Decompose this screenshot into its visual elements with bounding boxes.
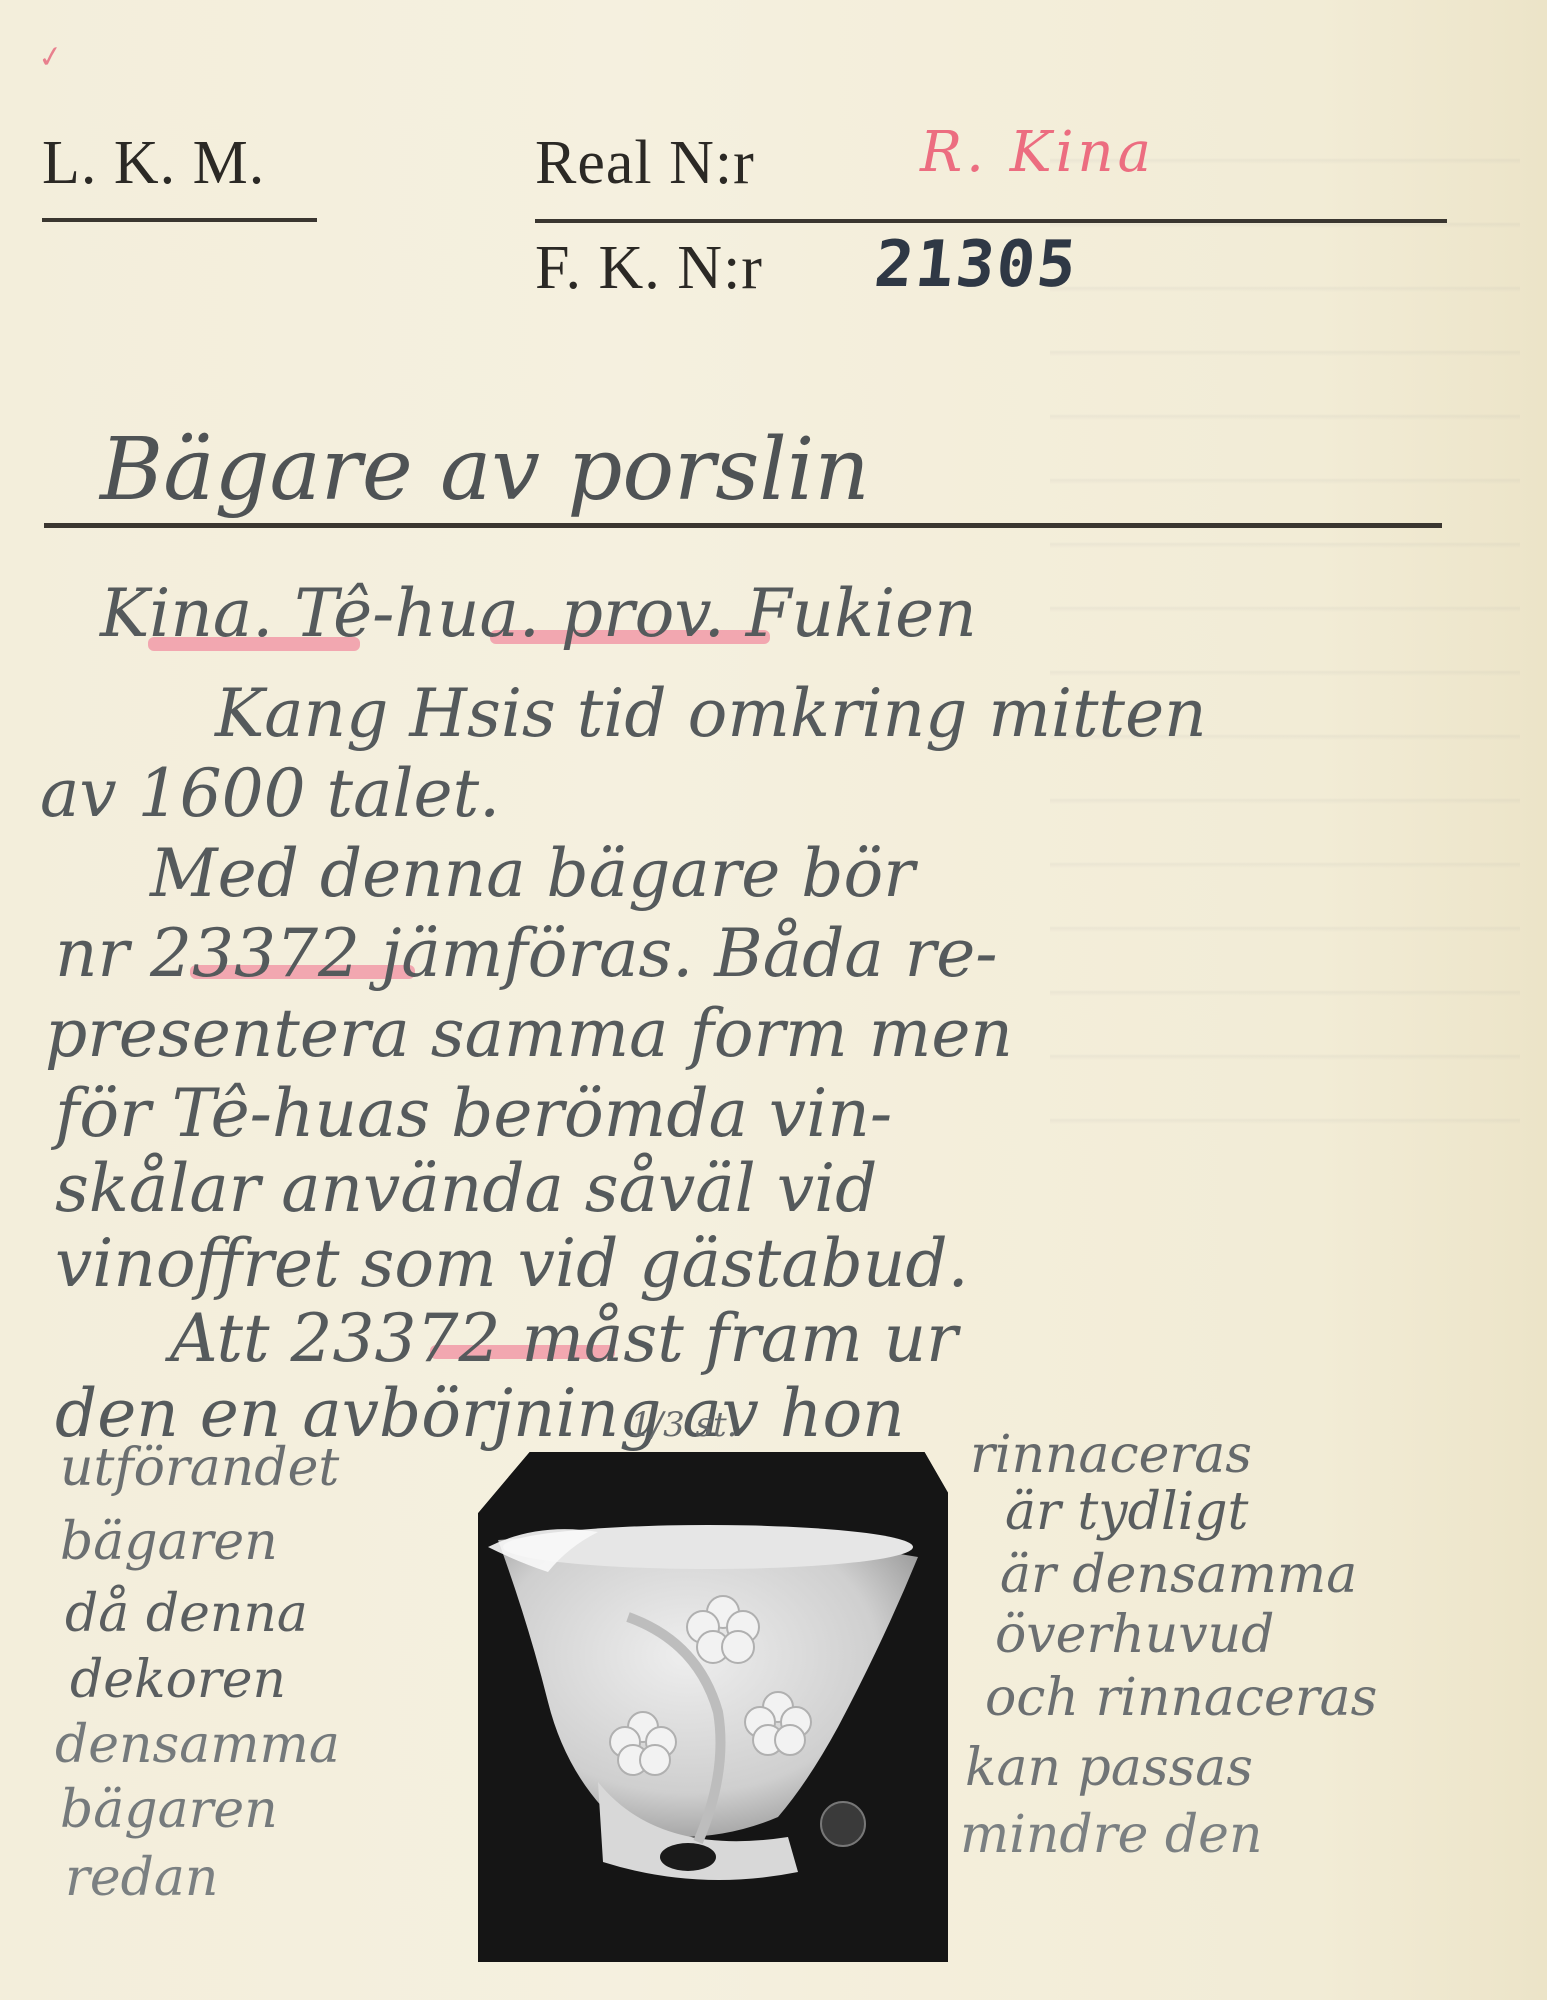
object-title: Bägare av porslin: [100, 420, 870, 520]
museum-abbrev: L. K. M.: [42, 128, 265, 199]
left-col-line-3: då denna: [65, 1584, 308, 1644]
bleed-through-text: [1050, 100, 1520, 1150]
right-col-line-5: och rinnaceras: [985, 1668, 1377, 1728]
right-col-line-3: är densamma: [1000, 1545, 1357, 1605]
right-col-line-1: rinnaceras: [970, 1425, 1252, 1485]
fk-number-label: F. K. N:r: [535, 233, 763, 304]
photo-scale-note: 1/3 st.: [630, 1405, 737, 1445]
text-line-2: Kang Hsis tid omkring mitten: [215, 675, 1207, 752]
text-line-10: Att 23372 måst fram ur: [170, 1300, 958, 1377]
left-col-line-7: redan: [65, 1848, 218, 1908]
check-mark: ✓: [36, 38, 66, 76]
rule-real-number: [535, 219, 1447, 223]
text-line-9: vinoffret som vid gästabud.: [55, 1225, 969, 1302]
porcelain-cup-image: [478, 1452, 948, 1962]
real-number-label: Real N:r: [535, 128, 755, 199]
rule-title: [44, 523, 1442, 528]
right-col-line-2: är tydligt: [1005, 1482, 1248, 1542]
text-line-5: nr 23372 jämföras. Båda re-: [55, 915, 998, 992]
text-line-1: Kina. Tê-hua. prov. Fukien: [100, 575, 977, 652]
left-col-line-4: dekoren: [70, 1650, 286, 1710]
right-col-line-6: kan passas: [965, 1738, 1253, 1798]
catalog-card: ✓ L. K. M. Real N:r R. Kina F. K. N:r 21…: [0, 0, 1547, 2000]
fk-number-value: 21305: [871, 228, 1081, 302]
right-col-line-4: överhuvud: [995, 1605, 1274, 1665]
text-line-3: av 1600 talet.: [40, 755, 500, 832]
text-line-7: för Tê-huas berömda vin-: [55, 1075, 892, 1152]
left-col-line-2: bägaren: [60, 1512, 278, 1572]
rule-museum: [42, 218, 317, 222]
left-col-line-6: bägaren: [60, 1780, 278, 1840]
text-line-8: skålar använda såväl vid: [55, 1150, 877, 1227]
object-photograph: [478, 1452, 948, 1962]
right-col-line-7: mindre den: [960, 1805, 1262, 1865]
left-col-line-5: densamma: [55, 1715, 340, 1775]
text-line-4: Med denna bägare bör: [150, 835, 915, 912]
text-line-6: presentera samma form men: [45, 995, 1013, 1072]
left-col-line-1: utförandet: [60, 1438, 339, 1498]
real-number-value: R. Kina: [920, 120, 1155, 185]
